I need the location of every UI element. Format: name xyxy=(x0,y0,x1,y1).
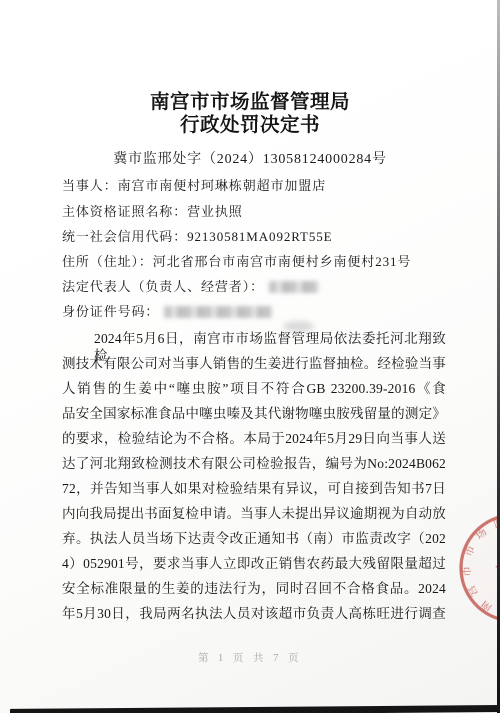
body-line: 72，并告知当事人如果对检验结果有异议，可自接到告知书7日 xyxy=(62,480,446,497)
body-line: 安全标准限量的生姜的违法行为，同时召回不合格食品。2024 xyxy=(62,580,446,597)
info-line-legal-representative: 法定代表人（负责人、经营者）： xyxy=(62,276,319,295)
body-line: 年5月30日，我局两名执法人员对该超市负责人高栋旺进行调查 xyxy=(62,605,446,622)
body-line: 4）052901号，要求当事人立即改正销售农药最大残留限量超过 xyxy=(62,555,446,572)
id-number-label: 身份证件号码： xyxy=(62,304,159,319)
license-name-text: 主体资格证照名称：营业执照 xyxy=(62,204,243,219)
credit-code-text: 统一社会信用代码：92130581MA092RT55E xyxy=(62,229,333,244)
document-photo: 南宫市市场监督管理局 行政处罚决定书 冀市监邢处字（2024）130581240… xyxy=(0,0,500,713)
title-agency-line: 南宫市市场监督管理局 xyxy=(0,91,500,114)
body-line: 人销售的生姜中“噻虫胺”项目不符合GB 23200.39-2016《食 xyxy=(62,380,446,397)
body-line: 弃。执法人员当场下达责令改正通知书（南）市监责改字（202 xyxy=(62,530,446,547)
info-line-id-number: 身份证件号码： xyxy=(62,301,272,320)
redacted-legal-representative-name xyxy=(269,281,319,293)
page-number: 第 1 页 共 7 页 xyxy=(0,650,500,665)
legal-representative-label: 法定代表人（负责人、经营者）： xyxy=(62,279,264,294)
seal-char: 市 xyxy=(460,565,474,577)
body-line: 品安全国家标准食品中噻虫嗪及其代谢物噻虫胺残留量的测定》 xyxy=(62,405,446,422)
address-text: 住所（住址）：河北省邢台市南宫市南便村乡南便村231号 xyxy=(62,254,411,269)
document-title: 南宫市市场监督管理局 行政处罚决定书 xyxy=(0,91,500,137)
party-text: 当事人：南宫市南便村珂琳栋朝超市加盟店 xyxy=(62,178,326,193)
body-line: 内向我局提出书面复检申请。当事人未提出异议逾期视为自动放 xyxy=(62,505,446,522)
body-line: 的要求，检验结论为不合格。本局于2024年5月29日向当事人送 xyxy=(62,430,446,447)
info-line-credit-code: 统一社会信用代码：92130581MA092RT55E xyxy=(62,226,333,245)
info-line-address: 住所（住址）：河北省邢台市南宫市南便村乡南便村231号 xyxy=(62,251,411,270)
body-line: 达了河北翔致检测技术有限公司检验报告，编号为No:2024B062 xyxy=(62,455,446,472)
document-number: 冀市监邢处字（2024）13058124000284号 xyxy=(0,148,500,168)
info-line-party: 当事人：南宫市南便村珂琳栋朝超市加盟店 xyxy=(62,175,326,194)
redacted-id-number xyxy=(164,306,272,318)
info-line-license-name: 主体资格证照名称：营业执照 xyxy=(62,201,243,220)
body-line: 测技术有限公司对当事人销售的生姜进行监督抽检。经检验当事 xyxy=(62,355,446,372)
photo-edge-bottom xyxy=(10,705,500,713)
ink-smudge xyxy=(283,321,314,332)
title-doc-type-line: 行政处罚决定书 xyxy=(0,114,500,137)
